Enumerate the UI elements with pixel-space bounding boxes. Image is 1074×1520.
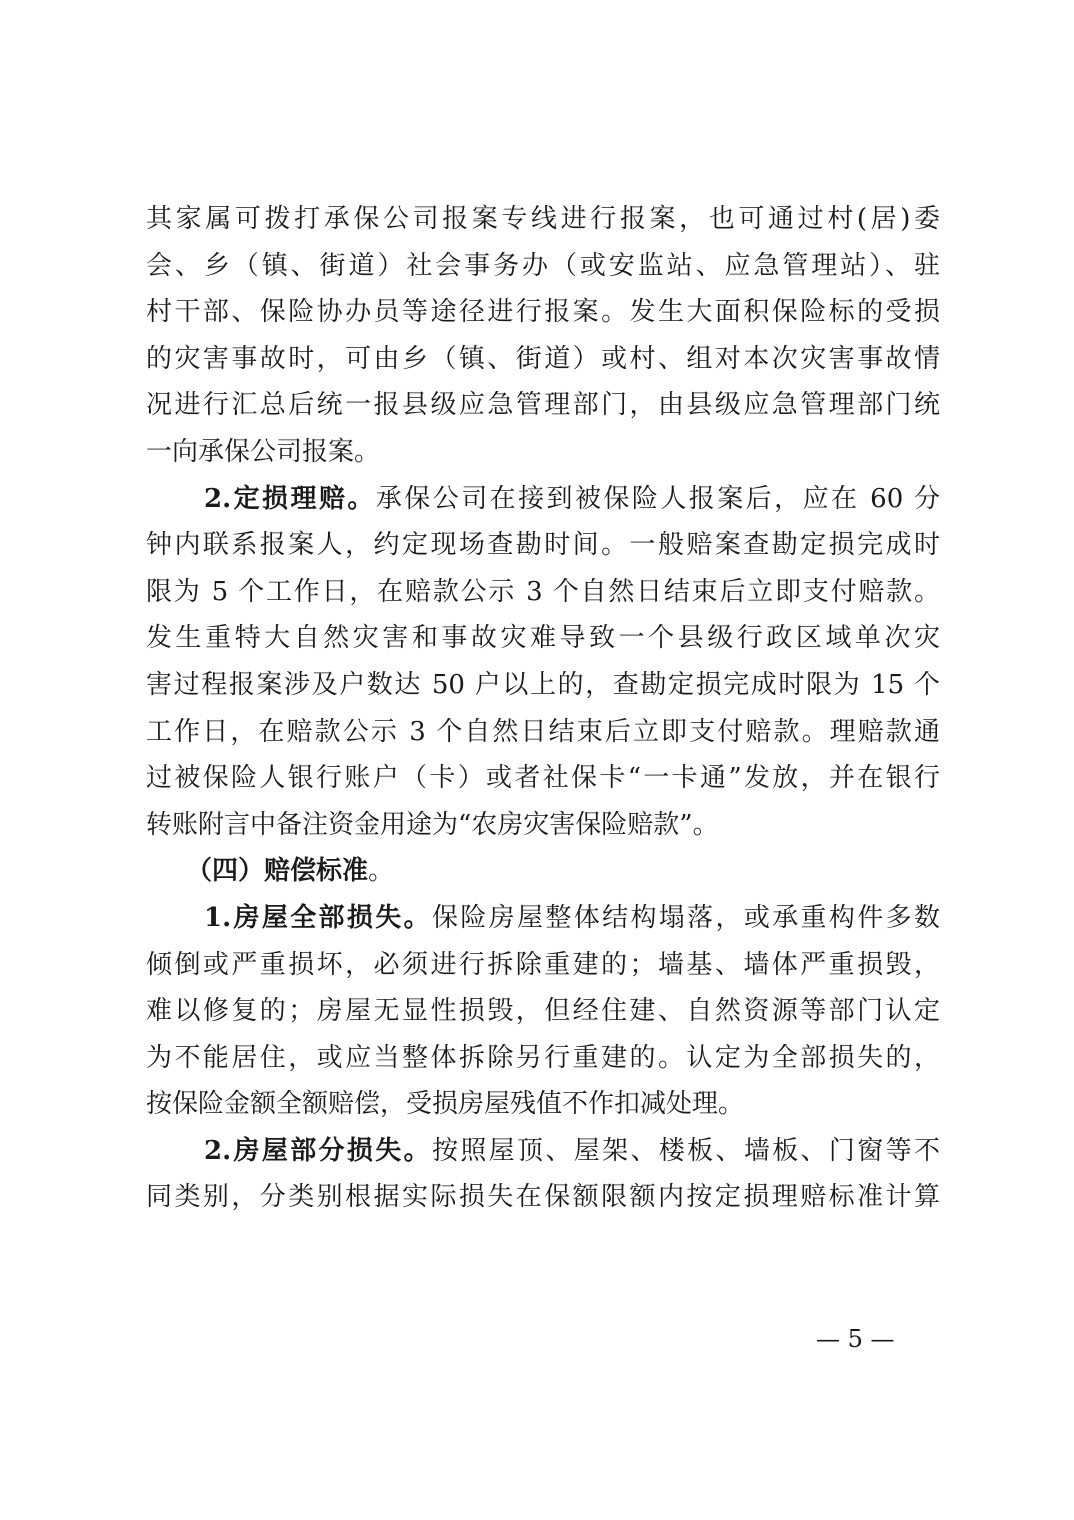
text-line: 会、乡（镇、街道）社会事务办（或安监站、应急管理站）、驻 <box>146 243 940 290</box>
text-line: 工作日，在赔款公示 3 个自然日结束后立即支付赔款。理赔款通 <box>146 709 940 756</box>
text-line: 限为 5 个工作日，在赔款公示 3 个自然日结束后立即支付赔款。 <box>146 569 940 616</box>
section-heading: （四）赔偿标准。 <box>146 848 940 895</box>
document-body: 其家属可拨打承保公司报案专线进行报案，也可通过村(居)委 会、乡（镇、街道）社会… <box>146 196 940 1221</box>
text-line: 难以修复的；房屋无显性损毁，但经住建、自然资源等部门认定 <box>146 988 940 1035</box>
text-line: 钟内联系报案人，约定现场查勘时间。一般赔案查勘定损完成时 <box>146 522 940 569</box>
text-line: 为不能居住，或应当整体拆除另行重建的。认定为全部损失的， <box>146 1035 940 1082</box>
text-line: 按保险金额全额赔偿，受损房屋残值不作扣减处理。 <box>146 1081 940 1128</box>
text-line: 一向承保公司报案。 <box>146 429 940 476</box>
text-line: 害过程报案涉及户数达 50 户以上的，查勘定损完成时限为 15 个 <box>146 662 940 709</box>
section-heading-punct: 。 <box>368 856 394 886</box>
page-number: — 5 — <box>816 1324 895 1354</box>
paragraph-lead-title: 2.定损理赔。 <box>204 484 376 514</box>
paragraph-reporting-continued: 其家属可拨打承保公司报案专线进行报案，也可通过村(居)委 会、乡（镇、街道）社会… <box>146 196 940 476</box>
text-line: 况进行汇总后统一报县级应急管理部门，由县级应急管理部门统 <box>146 382 940 429</box>
text-line-first: 2.定损理赔。承保公司在接到被保险人报案后，应在 60 分 <box>146 476 940 523</box>
paragraph-lead-title: 1.房屋全部损失。 <box>204 903 432 933</box>
text-line: 过被保险人银行账户（卡）或者社保卡“一卡通”发放，并在银行 <box>146 755 940 802</box>
text-line: 倾倒或严重损坏，必须进行拆除重建的；墙基、墙体严重损毁， <box>146 942 940 989</box>
text-line: 同类别，分类别根据实际损失在保额限额内按定损理赔标准计算 <box>146 1174 940 1221</box>
paragraph-partial-loss: 2.房屋部分损失。按照屋顶、屋架、楼板、墙板、门窗等不 同类别，分类别根据实际损… <box>146 1128 940 1221</box>
paragraph-lead-title: 2.房屋部分损失。 <box>204 1136 432 1166</box>
text-line: 的灾害事故时，可由乡（镇、街道）或村、组对本次灾害事故情 <box>146 336 940 383</box>
paragraph-total-loss: 1.房屋全部损失。保险房屋整体结构塌落，或承重构件多数 倾倒或严重损坏，必须进行… <box>146 895 940 1128</box>
text-line: 村干部、保险协办员等途径进行报案。发生大面积保险标的受损 <box>146 289 940 336</box>
paragraph-loss-assessment-claims: 2.定损理赔。承保公司在接到被保险人报案后，应在 60 分 钟内联系报案人，约定… <box>146 476 940 849</box>
text-line-first: 1.房屋全部损失。保险房屋整体结构塌落，或承重构件多数 <box>146 895 940 942</box>
text-line-first: 2.房屋部分损失。按照屋顶、屋架、楼板、墙板、门窗等不 <box>146 1128 940 1175</box>
text-line: 发生重特大自然灾害和事故灾难导致一个县级行政区域单次灾 <box>146 615 940 662</box>
paragraph-lead-text: 保险房屋整体结构塌落，或承重构件多数 <box>432 903 940 933</box>
section-heading-text: （四）赔偿标准 <box>186 856 368 886</box>
document-page: 其家属可拨打承保公司报案专线进行报案，也可通过村(居)委 会、乡（镇、街道）社会… <box>0 0 1074 1520</box>
text-line: 其家属可拨打承保公司报案专线进行报案，也可通过村(居)委 <box>146 196 940 243</box>
paragraph-lead-text: 按照屋顶、屋架、楼板、墙板、门窗等不 <box>432 1136 940 1166</box>
paragraph-lead-text: 承保公司在接到被保险人报案后，应在 60 分 <box>376 484 940 514</box>
text-line: 转账附言中备注资金用途为“农房灾害保险赔款”。 <box>146 802 940 849</box>
